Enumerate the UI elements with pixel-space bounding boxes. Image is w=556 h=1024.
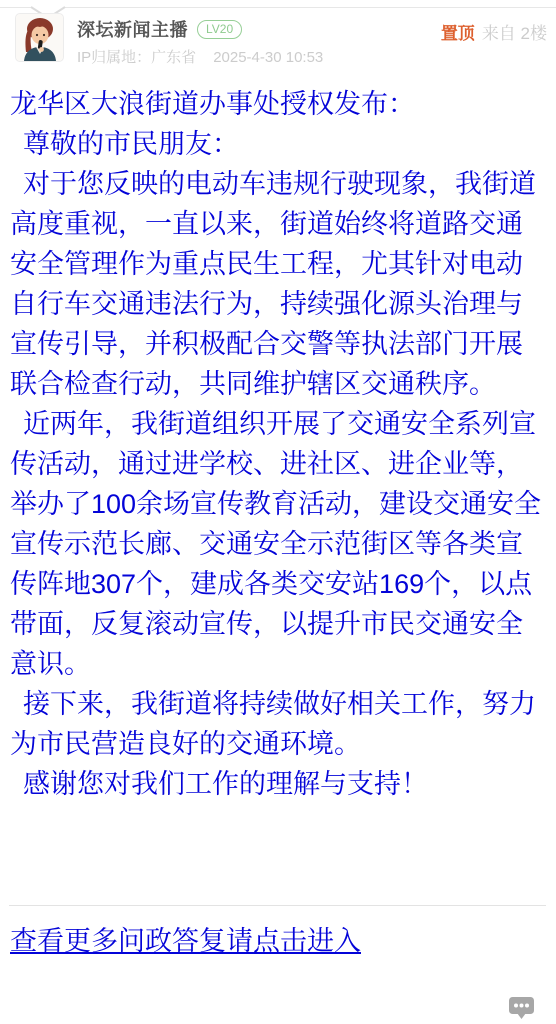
level-badge: LV20 — [197, 20, 242, 39]
footer-divider — [9, 905, 546, 906]
more-replies-link[interactable]: 查看更多问政答复请点击进入 — [10, 921, 361, 961]
paragraph: 对于您反映的电动车违规行驶现象，我街道高度重视，一直以来，街道始终将道路交通安全… — [10, 164, 546, 404]
comment-icon[interactable] — [508, 994, 535, 1021]
username[interactable]: 深坛新闻主播 — [77, 16, 188, 42]
post-content: 龙华区大浪街道办事处授权发布： 尊敬的市民朋友： 对于您反映的电动车违规行驶现象… — [10, 84, 546, 804]
paragraph: 感谢您对我们工作的理解与支持！ — [10, 764, 546, 804]
pinned-badge: 置顶 — [441, 24, 475, 43]
paragraph: 接下来，我街道将持续做好相关工作，努力为市民营造良好的交通环境。 — [10, 684, 546, 764]
post-meta: IP归属地：广东省2025-4-30 10:53 — [77, 46, 323, 67]
post-header: 深坛新闻主播 LV20 置顶来自 2楼 IP归属地：广东省2025-4-30 1… — [0, 0, 556, 80]
timestamp: 2025-4-30 10:53 — [213, 49, 323, 66]
floor-label: 来自 2楼 — [482, 24, 547, 43]
paragraph: 近两年，我街道组织开展了交通安全系列宣传活动，通过进学校、进社区、进企业等，举办… — [10, 404, 546, 684]
avatar[interactable] — [15, 13, 64, 62]
paragraph: 尊敬的市民朋友： — [10, 124, 546, 164]
paragraph: 龙华区大浪街道办事处授权发布： — [10, 84, 546, 124]
ip-location: IP归属地：广东省 — [77, 49, 196, 66]
